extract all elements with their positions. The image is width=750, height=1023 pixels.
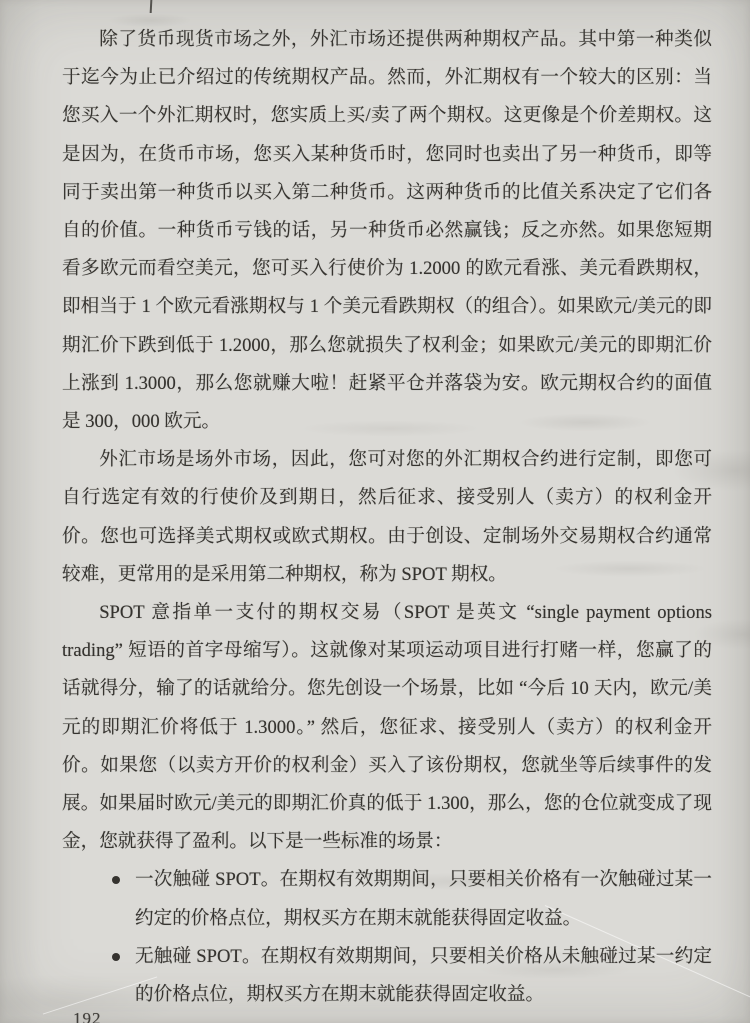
page-number: 192	[73, 1009, 102, 1023]
bullet-text: 一次触碰 SPOT。在期权有效期期间，只要相关价格有一次触碰过某一约定的价格点位…	[135, 869, 712, 928]
bullet-dot-icon	[112, 953, 120, 961]
list-item-one-touch-spot: 一次触碰 SPOT。在期权有效期期间，只要相关价格有一次触碰过某一约定的价格点位…	[62, 861, 712, 937]
page-content: 除了货币现货市场之外，外汇市场还提供两种期权产品。其中第一种类似于迄今为止已介绍…	[62, 21, 712, 1014]
list-item-no-touch-spot: 无触碰 SPOT。在期权有效期期间，只要相关价格从未触碰过某一约定的价格点位，期…	[62, 938, 712, 1014]
paragraph-fx-options-intro: 除了货币现货市场之外，外汇市场还提供两种期权产品。其中第一种类似于迄今为止已介绍…	[62, 21, 712, 441]
spot-scenario-list: 一次触碰 SPOT。在期权有效期期间，只要相关价格有一次触碰过某一约定的价格点位…	[62, 861, 712, 1014]
book-page: 除了货币现货市场之外，外汇市场还提供两种期权产品。其中第一种类似于迄今为止已介绍…	[0, 0, 750, 1023]
paragraph-spot-definition: SPOT 意指单一支付的期权交易（SPOT 是英文 “single paymen…	[62, 594, 712, 861]
scan-artifact-line	[150, 0, 153, 13]
bullet-text: 无触碰 SPOT。在期权有效期期间，只要相关价格从未触碰过某一约定的价格点位，期…	[135, 946, 712, 1005]
paragraph-otc-customization: 外汇市场是场外市场，因此，您可对您的外汇期权合约进行定制，即您可自行选定有效的行…	[62, 441, 712, 594]
bullet-dot-icon	[112, 876, 120, 884]
